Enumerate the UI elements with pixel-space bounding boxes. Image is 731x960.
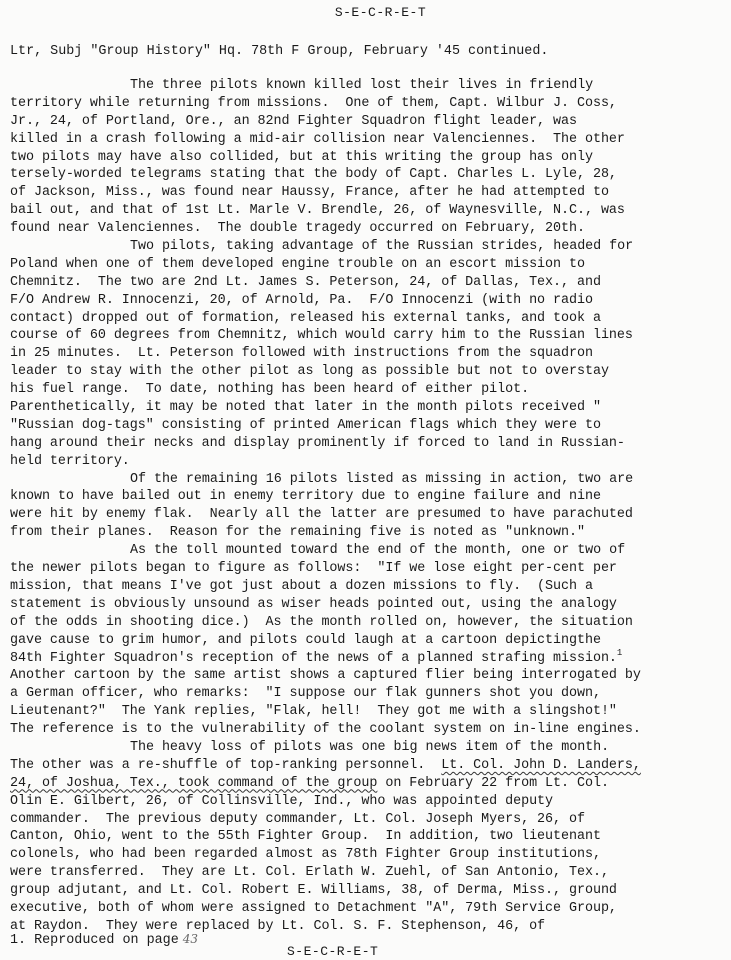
text-line-content: 84th Fighter Squadron's reception of the… [10, 651, 617, 666]
text-line: in 25 minutes. Lt. Peterson followed wit… [10, 345, 725, 363]
text-line: executive, both of whom were assigned to… [10, 900, 725, 918]
text-line: Of the remaining 16 pilots listed as mis… [10, 471, 725, 489]
text-line: found near Valenciennes. The double trag… [10, 220, 725, 238]
text-line: The heavy loss of pilots was one big new… [10, 739, 725, 757]
paragraph-missing-pilots: Of the remaining 16 pilots listed as mis… [10, 471, 725, 543]
text-line: bail out, and that of 1st Lt. Marle V. B… [10, 202, 725, 220]
underlined-text: 24, of Joshua, Tex., took command of the… [10, 776, 377, 791]
text-line: leader to stay with the other pilot as l… [10, 363, 725, 381]
subject-line: Ltr, Subj "Group History" Hq. 78th F Gro… [10, 44, 548, 59]
text-line: contact) dropped out of formation, relea… [10, 310, 725, 328]
text-line: Canton, Ohio, went to the 55th Fighter G… [10, 828, 725, 846]
text-line: two pilots may have also collided, but a… [10, 149, 725, 167]
text-line: were transferred. They are Lt. Col. Erla… [10, 864, 725, 882]
document-page: S-E-C-R-E-T Ltr, Subj "Group History" Hq… [0, 0, 731, 960]
text-line: known to have bailed out in enemy territ… [10, 488, 725, 506]
footnote: 1. Reproduced on page43 [10, 932, 198, 948]
text-line: from their planes. Reason for the remain… [10, 524, 725, 542]
text-line: Poland when one of them developed engine… [10, 256, 725, 274]
text-line-with-footnote: 84th Fighter Squadron's reception of the… [10, 650, 725, 668]
paragraph-poland-pilots: Two pilots, taking advantage of the Russ… [10, 238, 725, 471]
text-line: held territory. [10, 453, 725, 471]
text-line: commander. The previous deputy commander… [10, 811, 725, 829]
text-line-content: on February 22 from Lt. Col. [377, 776, 609, 791]
text-line: course of 60 degrees from Chemnitz, whic… [10, 327, 725, 345]
text-line: mission, that means I've got just about … [10, 578, 725, 596]
paragraph-personnel-reshuffle: The heavy loss of pilots was one big new… [10, 739, 725, 936]
text-line: As the toll mounted toward the end of th… [10, 542, 725, 560]
text-line: The reference is to the vulnerability of… [10, 721, 725, 739]
text-line: of the odds in shooting dice.) As the mo… [10, 614, 725, 632]
text-line-content: The other was a re-shuffle of top-rankin… [10, 758, 441, 773]
footnote-reference: 1 [617, 648, 622, 658]
text-line: group adjutant, and Lt. Col. Robert E. W… [10, 882, 725, 900]
text-line: Chemnitz. The two are 2nd Lt. James S. P… [10, 274, 725, 292]
text-line: killed in a crash following a mid-air co… [10, 131, 725, 149]
text-line: 24, of Joshua, Tex., took command of the… [10, 775, 725, 793]
paragraph-grim-humor: As the toll mounted toward the end of th… [10, 542, 725, 739]
text-line: a German officer, who remarks: "I suppos… [10, 685, 725, 703]
text-line: Olin E. Gilbert, 26, of Collinsville, In… [10, 793, 725, 811]
classification-header: S-E-C-R-E-T [0, 5, 731, 20]
text-line: colonels, who had been regarded almost a… [10, 846, 725, 864]
text-line: The three pilots known killed lost their… [10, 77, 725, 95]
body-text: The three pilots known killed lost their… [10, 77, 725, 936]
underlined-text: Lt. Col. John D. Landers, [441, 758, 641, 773]
text-line: statement is obviously unsound as wiser … [10, 596, 725, 614]
text-line: Lieutenant?" The Yank replies, "Flak, he… [10, 703, 725, 721]
text-line: tersely-worded telegrams stating that th… [10, 166, 725, 184]
text-line: his fuel range. To date, nothing has bee… [10, 381, 725, 399]
text-line: the newer pilots began to figure as foll… [10, 560, 725, 578]
classification-footer: S-E-C-R-E-T [287, 944, 378, 959]
footnote-text: 1. Reproduced on page [10, 933, 179, 948]
text-line: of Jackson, Miss., was found near Haussy… [10, 184, 725, 202]
text-line: Two pilots, taking advantage of the Russ… [10, 238, 725, 256]
text-line: The other was a re-shuffle of top-rankin… [10, 757, 725, 775]
text-line: Parenthetically, it may be noted that la… [10, 399, 725, 417]
text-line: Another cartoon by the same artist shows… [10, 667, 725, 685]
text-line: hang around their necks and display prom… [10, 435, 725, 453]
text-line: F/O Andrew R. Innocenzi, 20, of Arnold, … [10, 292, 725, 310]
text-line: were hit by enemy flak. Nearly all the l… [10, 506, 725, 524]
paragraph-killed-pilots: The three pilots known killed lost their… [10, 77, 725, 238]
handwritten-page-number: 43 [183, 932, 198, 946]
text-line: Jr., 24, of Portland, Ore., an 82nd Figh… [10, 113, 725, 131]
text-line: "Russian dog-tags" consisting of printed… [10, 417, 725, 435]
text-line: territory while returning from missions.… [10, 95, 725, 113]
